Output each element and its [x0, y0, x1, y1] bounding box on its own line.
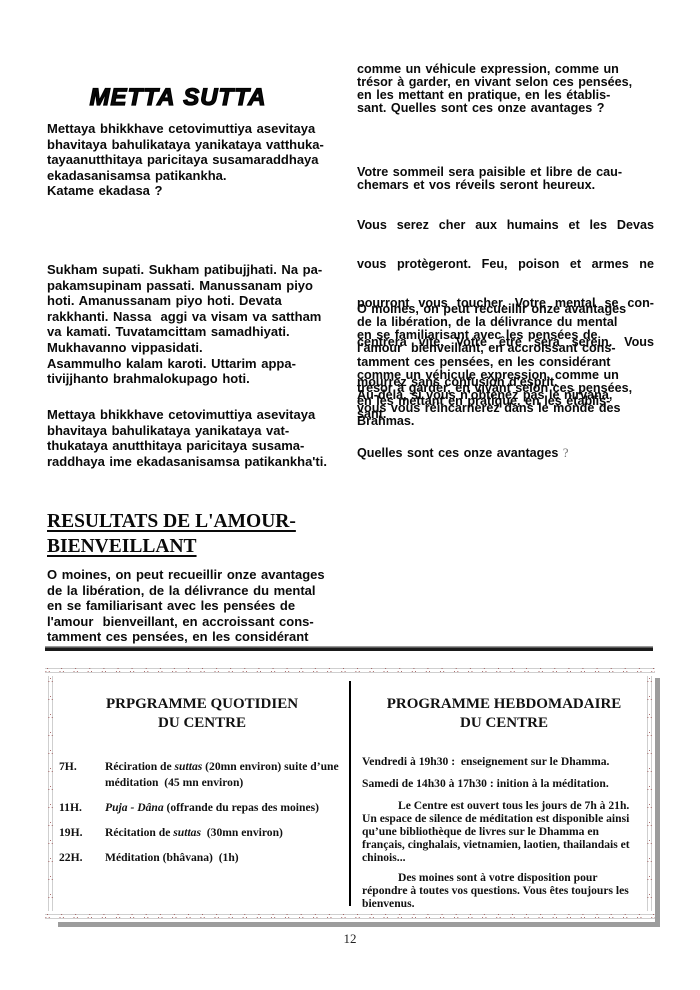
benefits-justified-line: vous protègeront. Feu, poison et armes n…: [357, 258, 654, 271]
schedule-text-part: (30mn environ): [201, 826, 283, 839]
document-page: METTA SUTTA Mettaya bhikkhave cetovimutt…: [0, 0, 700, 990]
benefits-justified-line: Vous serez cher aux humains et les Devas: [357, 219, 654, 232]
question-text: Quelles sont ces onze avantages: [357, 446, 563, 460]
weekly-program-body: Vendredi à 19h30 : enseignement sur le D…: [362, 755, 646, 910]
ornament-border-top: ∴∴∴∴∴∴∴∴∴∴∴∴∴∴∴∴∴∴∴∴∴∴∴∴∴∴∴∴∴∴∴∴∴∴∴∴∴∴∴∴…: [45, 665, 655, 676]
pali-paragraph-2: Sukham supati. Sukham patibujjhati. Na p…: [47, 262, 353, 387]
schedule-text-italic: suttas: [175, 760, 203, 773]
schedule-text-italic: suttas: [173, 826, 201, 839]
box-column-divider: [349, 681, 351, 906]
daily-schedule: 7H. Réciration de suttas (20mn environ) …: [59, 759, 345, 866]
metta-sutta-title: METTA SUTTA: [47, 84, 309, 112]
schedule-text: Récitation de suttas (30mn environ): [105, 825, 345, 841]
program-box: ∴∴∴∴∴∴∴∴∴∴∴∴∴∴∴∴∴∴∴∴∴∴∴∴∴∴∴∴∴∴∴∴∴∴∴∴∴∴∴∴…: [45, 665, 655, 922]
schedule-time: 7H.: [59, 759, 105, 791]
french-paragraph-continuation: comme un véhicule expression, comme un t…: [357, 63, 654, 115]
schedule-text: Puja - Dâna (offrande du repas des moine…: [105, 800, 345, 816]
schedule-text-part: Méditation (bhâvana) (1h): [105, 851, 239, 864]
schedule-time: 11H.: [59, 800, 105, 816]
weekly-opening-hours: Le Centre est ouvert tous les jours de 7…: [362, 799, 646, 864]
schedule-time: 22H.: [59, 850, 105, 866]
schedule-text: Méditation (bhâvana) (1h): [105, 850, 345, 866]
schedule-text-part: Réciration de: [105, 760, 175, 773]
schedule-text-italic: Puja - Dâna: [105, 801, 164, 814]
daily-program-title: PRPGRAMME QUOTIDIEN DU CENTRE: [59, 695, 345, 733]
weekly-monks-note: Des moines sont à votre disposition pour…: [362, 871, 646, 910]
question-mark: ?: [563, 446, 569, 460]
schedule-text-part: Récitation de: [105, 826, 173, 839]
schedule-item: 7H. Réciration de suttas (20mn environ) …: [59, 759, 345, 791]
pali-paragraph-1: Mettaya bhikkhave cetovimuttiya asevitay…: [47, 121, 353, 199]
french-paragraph-intro: O moines, on peut recueillir onze avanta…: [47, 567, 353, 645]
schedule-text-part: (offrande du repas des moines): [164, 801, 319, 814]
pali-paragraph-3: Mettaya bhikkhave cetovimuttiya asevitay…: [47, 407, 353, 469]
weekly-friday-line: Vendredi à 19h30 : enseignement sur le D…: [362, 755, 646, 768]
o-moines-paragraph: O moines, on peut recueillir onze avanta…: [357, 277, 654, 487]
weekly-program-column: PROGRAMME HEBDOMADAIRE DU CENTRE Vendred…: [362, 695, 646, 917]
daily-program-column: PRPGRAMME QUOTIDIEN DU CENTRE 7H. Récira…: [59, 695, 345, 875]
page-number: 12: [45, 931, 655, 947]
section-divider-rule: [45, 646, 653, 651]
ornament-border-left: ∴∴∴∴∴∴∴∴∴∴∴∴∴∴∴∴∴∴∴∴∴∴∴∴∴∴∴∴∴∴: [45, 676, 56, 911]
question-line: Quelles sont ces onze avantages ?: [357, 447, 654, 460]
results-heading: RESULTATS DE L'AMOUR- BIENVEILLANT: [47, 509, 353, 559]
schedule-item: 11H. Puja - Dâna (offrande du repas des …: [59, 800, 345, 816]
schedule-item: 22H. Méditation (bhâvana) (1h): [59, 850, 345, 866]
schedule-text: Réciration de suttas (20mn environ) suit…: [105, 759, 345, 791]
o-moines-body: O moines, on peut recueillir onze avanta…: [357, 303, 654, 421]
schedule-time: 19H.: [59, 825, 105, 841]
schedule-item: 19H. Récitation de suttas (30mn environ): [59, 825, 345, 841]
weekly-program-title: PROGRAMME HEBDOMADAIRE DU CENTRE: [362, 695, 646, 733]
benefits-start: Votre sommeil sera paisible et libre de …: [357, 166, 654, 192]
weekly-saturday-line: Samedi de 14h30 à 17h30 : inition à la m…: [362, 777, 646, 790]
